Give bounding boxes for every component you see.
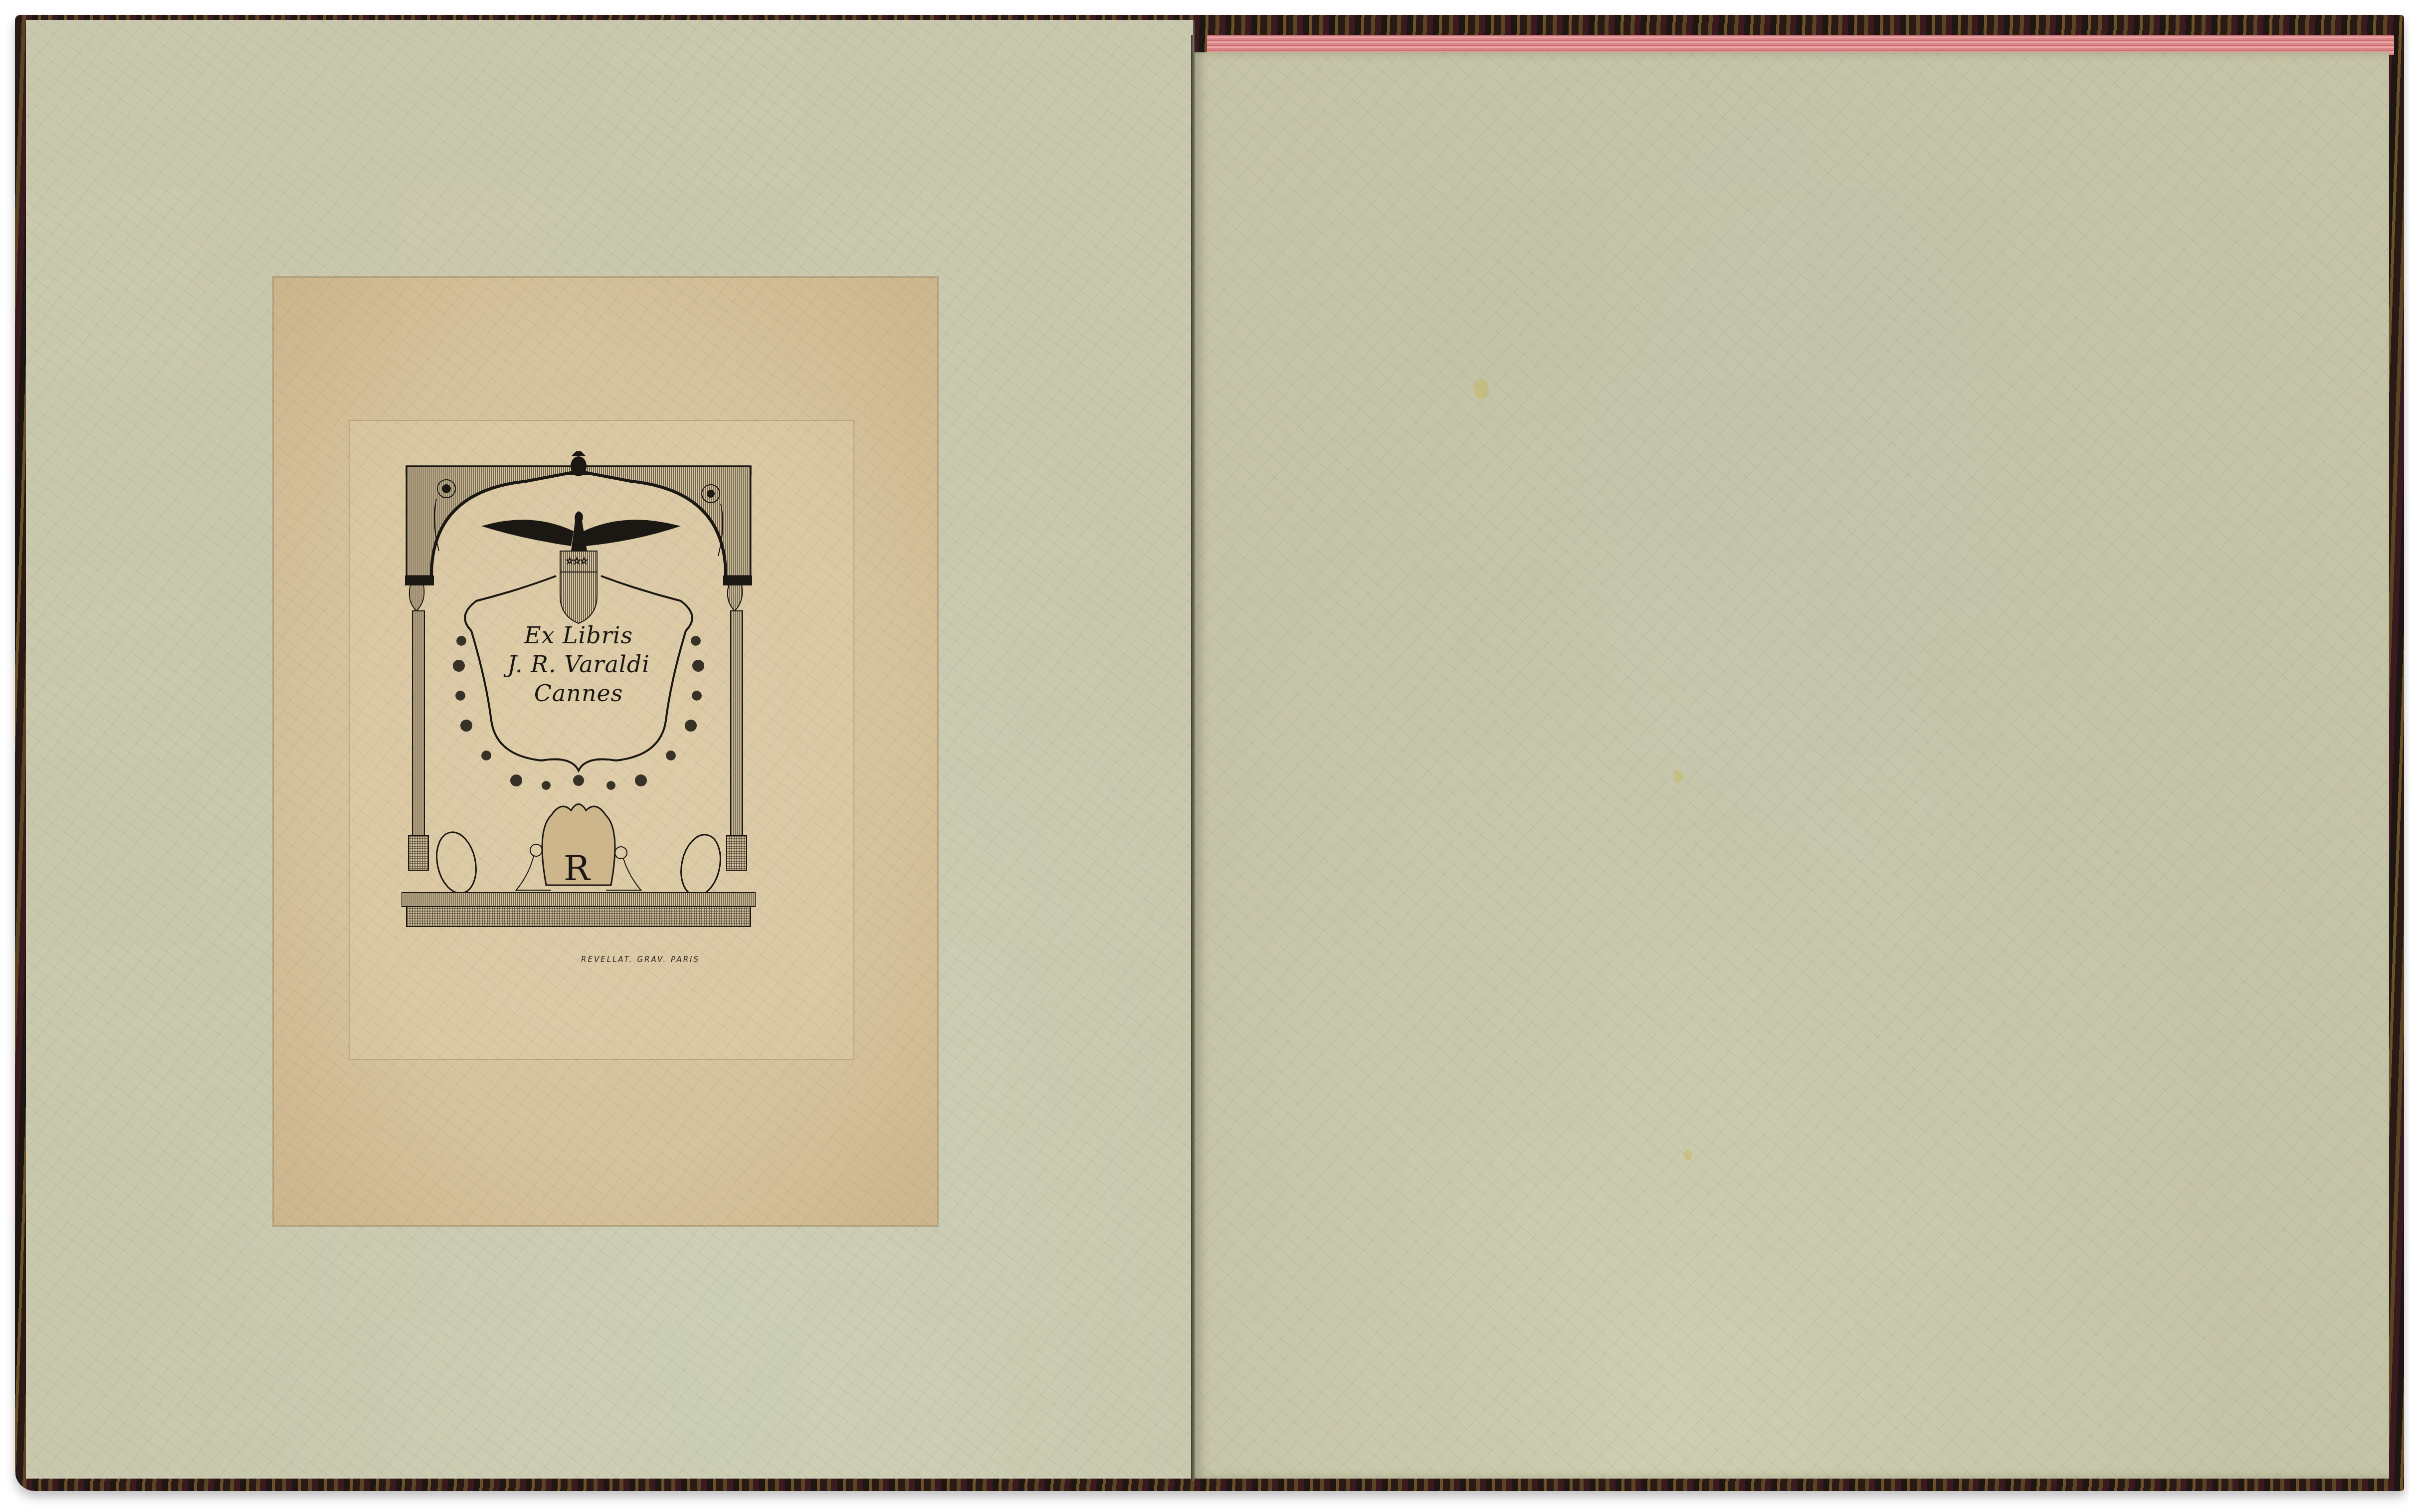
base-plinth — [401, 893, 756, 927]
left-column — [405, 576, 433, 870]
ex-libris-text: Ex Libris — [401, 621, 756, 650]
owner-name: J. R. Varaldi — [401, 650, 756, 679]
eagle-icon — [481, 511, 681, 551]
owner-city: Cannes — [401, 679, 756, 708]
finial-ornament — [571, 451, 587, 476]
foxing-spot — [1673, 770, 1683, 783]
svg-text:★★★: ★★★ — [566, 556, 588, 566]
bookplate-art-layer: ★★★ R — [247, 257, 910, 1204]
shield-stars-stripes-icon: ★★★ — [560, 551, 597, 623]
svg-text:R: R — [564, 848, 591, 889]
foxing-spot — [1683, 1149, 1692, 1160]
free-endpaper-blank — [1195, 52, 2389, 1479]
right-column — [724, 576, 752, 870]
book-gutter — [1191, 35, 1194, 1481]
engraver-credit: REVELLAT. GRAV. PARIS — [581, 955, 781, 964]
foxing-spot — [1474, 379, 1489, 399]
scallop-shell-monogram: R — [542, 804, 615, 889]
bookplate-inscription: Ex Libris J. R. Varaldi Cannes — [401, 621, 756, 708]
pink-page-edges — [1207, 35, 2394, 55]
